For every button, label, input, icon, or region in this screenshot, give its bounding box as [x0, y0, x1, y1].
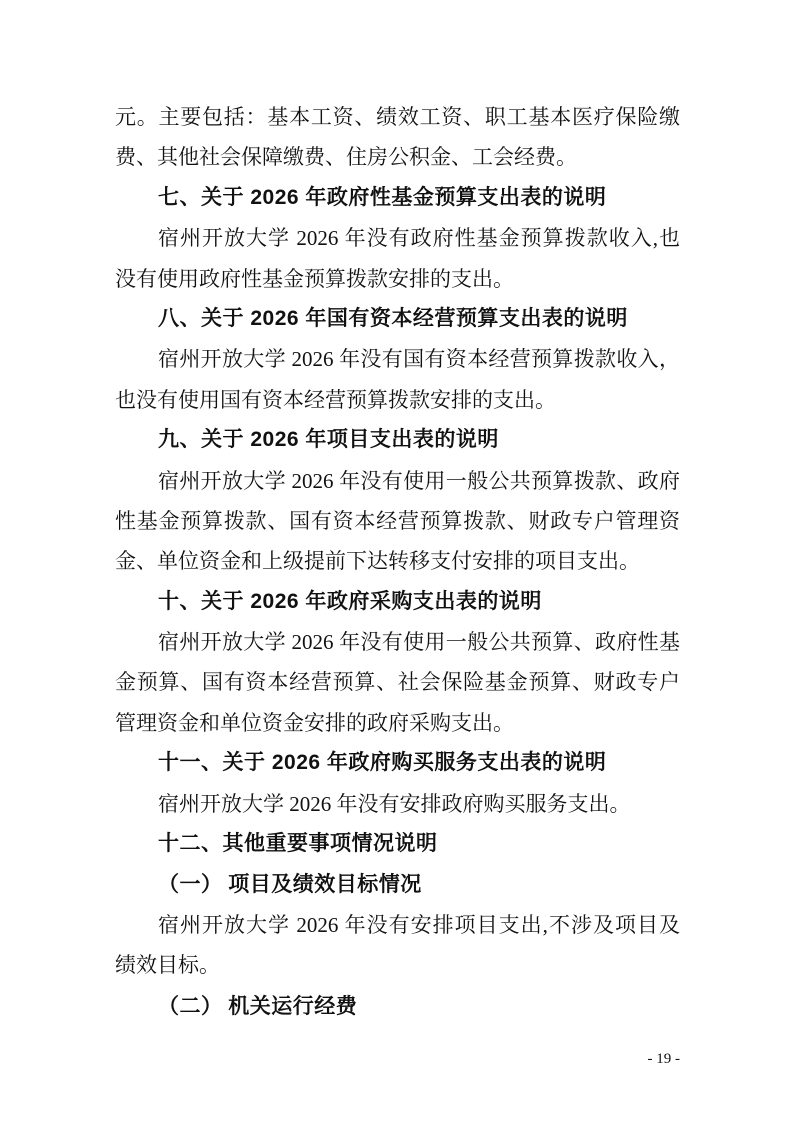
heading-line: 十一、关于 2026 年政府购买服务支出表的说明 [115, 743, 680, 783]
heading-line: 七、关于 2026 年政府性基金预算支出表的说明 [115, 178, 680, 218]
body-text-line: 宿州开放大学 2026 年没有国有资本经营预算拨款收入， [115, 339, 680, 379]
heading-line: 九、关于 2026 年项目支出表的说明 [115, 420, 680, 460]
heading-line: （一） 项目及绩效目标情况 [115, 864, 680, 904]
document-page: 元。主要包括：基本工资、绩效工资、职工基本医疗保险缴费、其他社会保障缴费、住房公… [0, 0, 793, 1122]
heading-line: 十、关于 2026 年政府采购支出表的说明 [115, 582, 680, 622]
body-text-line: 宿州开放大学 2026 年没有安排项目支出,不涉及项目及 [115, 905, 680, 945]
body-text-line: 性基金预算拨款、国有资本经营预算拨款、财政专户管理资 [115, 501, 680, 541]
body-text-line: 金预算、国有资本经营预算、社会保险基金预算、财政专户 [115, 662, 680, 702]
heading-line: 十二、其他重要事项情况说明 [115, 824, 680, 864]
body-text-line: 也没有使用国有资本经营预算拨款安排的支出。 [115, 380, 680, 420]
body-text-line: 宿州开放大学 2026 年没有使用一般公共预算、政府性基 [115, 622, 680, 662]
body-text-line: 绩效目标。 [115, 945, 680, 985]
body-text-line: 宿州开放大学 2026 年没有使用一般公共预算拨款、政府 [115, 461, 680, 501]
body-text-line: 宿州开放大学 2026 年没有政府性基金预算拨款收入,也 [115, 218, 680, 258]
body-text-line: 金、单位资金和上级提前下达转移支付安排的项目支出。 [115, 541, 680, 581]
document-body: 元。主要包括：基本工资、绩效工资、职工基本医疗保险缴费、其他社会保障缴费、住房公… [115, 97, 680, 1026]
body-text-line: 管理资金和单位资金安排的政府采购支出。 [115, 703, 680, 743]
body-text-line: 宿州开放大学 2026 年没有安排政府购买服务支出。 [115, 784, 680, 824]
heading-line: （二） 机关运行经费 [115, 986, 680, 1026]
heading-line: 八、关于 2026 年国有资本经营预算支出表的说明 [115, 299, 680, 339]
page-number: - 19 - [648, 1051, 681, 1068]
body-text-line: 费、其他社会保障缴费、住房公积金、工会经费。 [115, 137, 680, 177]
body-text-line: 元。主要包括：基本工资、绩效工资、职工基本医疗保险缴 [115, 97, 680, 137]
body-text-line: 没有使用政府性基金预算拨款安排的支出。 [115, 259, 680, 299]
